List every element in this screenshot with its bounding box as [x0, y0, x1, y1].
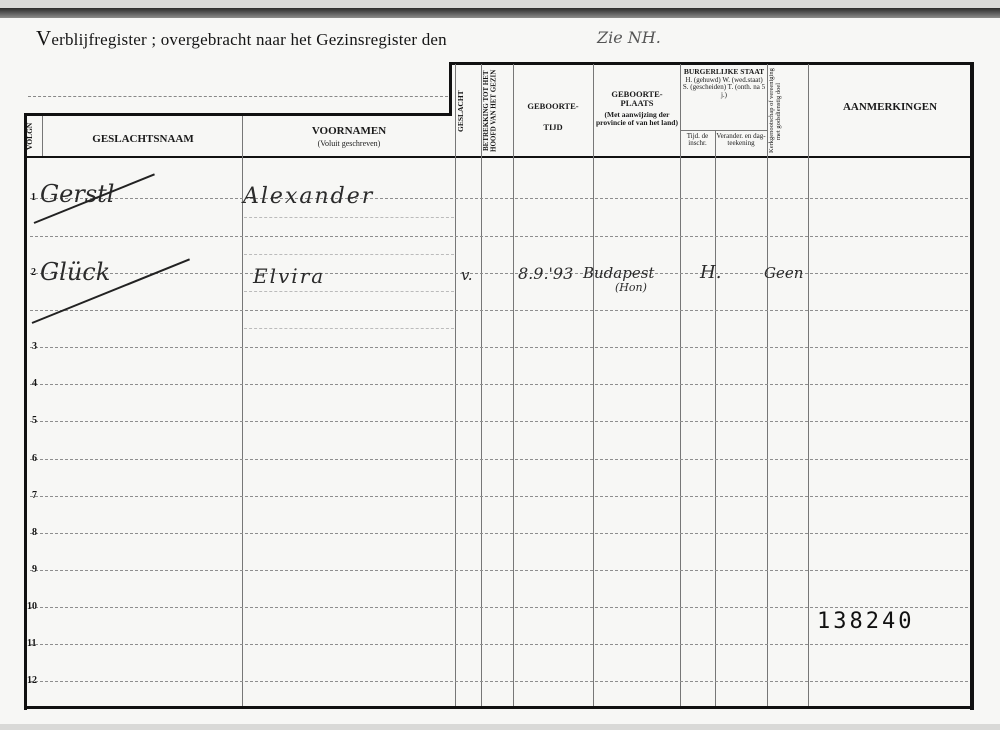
row-line [30, 644, 968, 645]
col-div-kerk [808, 64, 809, 706]
header-geboortetijd: GEBOORTE- TIJD [514, 102, 592, 132]
title-dotted-line [28, 96, 448, 97]
sub-line [244, 291, 454, 292]
row-number: 12 [27, 675, 37, 686]
col-div-geboorteplaats [680, 64, 681, 706]
row-line [30, 198, 968, 199]
header-volgnummer: VOLGN [26, 118, 40, 154]
entry-2-given-names: Elvira [253, 264, 325, 288]
row-line [30, 570, 968, 571]
row-line [30, 347, 968, 348]
row-number: 10 [27, 601, 37, 612]
title-handwritten-note: Zie NH. [597, 28, 661, 47]
entry-2-birthplace: Budapest [583, 264, 654, 282]
frame-left [24, 113, 27, 710]
entry-2-sex: v. [461, 266, 472, 284]
card-top-edge [0, 8, 1000, 18]
col-div-geboortetijd [593, 64, 594, 706]
col-div-volgn [42, 116, 43, 156]
entry-1-given-names: Alexander [243, 184, 374, 209]
register-number-stamp: 138240 [817, 609, 914, 634]
entry-2-marital-status: H. [700, 262, 721, 283]
row-line [30, 236, 968, 237]
entry-2-birthplace-note: (Hon) [615, 281, 647, 294]
header-geslachtsnaam: GESLACHTSNAAM [44, 134, 242, 146]
row-number: 4 [32, 378, 37, 389]
row-line [30, 681, 968, 682]
header-burgerlijke-staat: BURGERLIJKE STAAT H. (gehuwd) W. (wed.st… [682, 68, 766, 99]
row-number: 3 [32, 341, 37, 352]
entry-2-birth-date: 8.9.'93 [518, 264, 573, 283]
header-tijd-inschr: Tijd. de inschr. [681, 133, 714, 148]
frame-step [449, 63, 452, 116]
entry-2-religion: Geen [764, 264, 803, 282]
header-voornamen: VOORNAMEN (Voluit geschreven) [244, 126, 454, 148]
row-number: 2 [31, 267, 36, 278]
header-kerkgenootschap: Kerkgenootschap of vereeniging met godsd… [769, 68, 807, 154]
row-number: 5 [32, 415, 37, 426]
frame-top-right [449, 62, 973, 65]
row-number: 9 [32, 564, 37, 575]
row-line [30, 310, 968, 311]
row-line [30, 273, 968, 274]
header-geslacht: GESLACHT [457, 68, 479, 154]
entry-2-surname: Glück [40, 258, 110, 286]
row-line [30, 421, 968, 422]
row-line [30, 496, 968, 497]
row-line [30, 459, 968, 460]
form-title: Verblijfregister ; overgebracht naar het… [36, 26, 447, 51]
registration-card: Verblijfregister ; overgebracht naar het… [0, 8, 1000, 724]
burgerlijke-staat-sub-divider [680, 130, 767, 131]
row-line [30, 533, 968, 534]
col-div-tijd [715, 131, 716, 706]
col-div-burgerlijke-staat [767, 64, 768, 706]
row-line [30, 607, 968, 608]
header-aanmerkingen: AANMERKINGEN [810, 102, 970, 114]
row-line [30, 384, 968, 385]
row-number: 7 [32, 490, 37, 501]
col-div-betrekking [513, 64, 514, 706]
row-number: 11 [27, 638, 36, 649]
frame-right [970, 62, 974, 710]
sub-line [244, 328, 454, 329]
header-verandering: Verander. en dag-teekening [716, 133, 766, 148]
col-div-voornamen [455, 64, 456, 706]
row-number: 6 [32, 453, 37, 464]
header-betrekking: BETREKKING TOT HET HOOFD VAN HET GEZIN [483, 68, 511, 154]
header-divider [24, 156, 972, 158]
frame-bottom [24, 706, 974, 709]
header-geboorteplaats: GEBOORTE- PLAATS (Met aanwijzing der pro… [595, 90, 679, 127]
sub-line [244, 217, 454, 218]
sub-line [244, 254, 454, 255]
frame-top-left [24, 113, 452, 116]
col-div-geslacht [481, 64, 482, 706]
row-number: 1 [31, 192, 36, 203]
row-number: 8 [32, 527, 37, 538]
